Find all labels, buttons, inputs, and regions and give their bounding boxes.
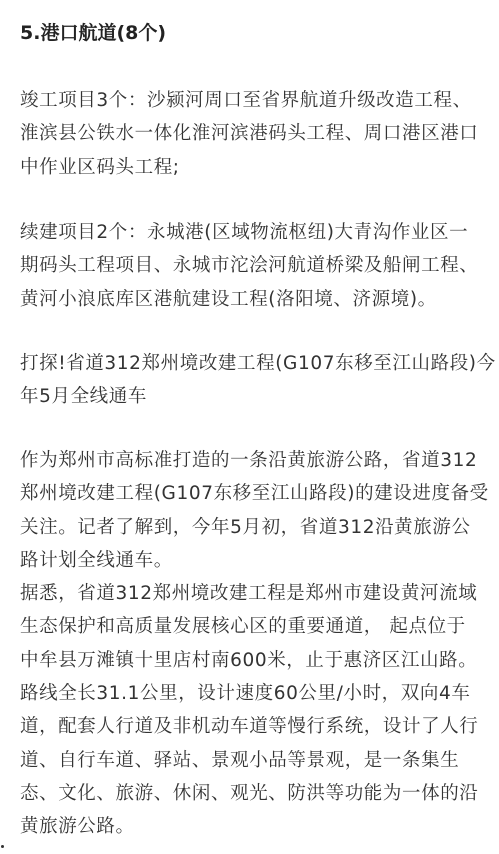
text-line: 作为郑州市高标准打造的一条沿黄旅游公路，省道312 [20, 444, 482, 477]
text-line: 生态保护和高质量发展核心区的重要通道， 起点位于 [20, 610, 482, 643]
text-line: 道，配套人行道及非机动车道等慢行系统，设计了人行 [20, 710, 482, 743]
text-line: 黄旅游公路。 [20, 810, 482, 843]
section-title: 5.港口航道(8个) [20, 20, 166, 46]
text-line: 黄河小浪底库区港航建设工程(洛阳境、济源境)。 [20, 283, 482, 316]
text-line: 打探!省道312郑州境改建工程(G107东移至江山路段)今 [20, 347, 482, 380]
text-line: 路计划全线通车。 [20, 544, 482, 577]
bullet-dot-icon [1, 845, 4, 848]
text-line: 据悉，省道312郑州境改建工程是郑州市建设黄河流域 [20, 577, 482, 610]
text-line: 续建项目2个：永城港(区域物流枢纽)大青沟作业区一 [20, 216, 482, 249]
text-line: 郑州境改建工程(G107东移至江山路段)的建设进度备受 [20, 477, 482, 510]
text-line: 中牟县万滩镇十里店村南600米，止于惠济区江山路。 [20, 644, 482, 677]
paragraph-continued-projects: 续建项目2个：永城港(区域物流枢纽)大青沟作业区一 期码头工程项目、永城市沱浍河… [20, 216, 482, 316]
text-line: 中作业区码头工程; [20, 151, 482, 184]
text-line: 道、自行车道、驿站、景观小品等景观，是一条集生 [20, 744, 482, 777]
paragraph-body: 作为郑州市高标准打造的一条沿黄旅游公路，省道312 郑州境改建工程(G107东移… [20, 444, 482, 844]
text-line: 年5月全线通车 [20, 380, 482, 413]
text-line: 竣工项目3个：沙颍河周口至省界航道升级改造工程、 [20, 84, 482, 117]
text-line: 路线全长31.1公里，设计速度60公里/小时，双向4车 [20, 677, 482, 710]
text-line: 态、文化、旅游、休闲、观光、防洪等功能为一体的沿 [20, 777, 482, 810]
text-line: 关注。记者了解到，今年5月初，省道312沿黄旅游公 [20, 511, 482, 544]
paragraph-completed-projects: 竣工项目3个：沙颍河周口至省界航道升级改造工程、 淮滨县公铁水一体化淮河滨港码头… [20, 84, 482, 184]
text-line: 期码头工程项目、永城市沱浍河航道桥梁及船闸工程、 [20, 249, 482, 282]
paragraph-headline: 打探!省道312郑州境改建工程(G107东移至江山路段)今 年5月全线通车 [20, 347, 482, 414]
text-line: 淮滨县公铁水一体化淮河滨港码头工程、周口港区港口 [20, 117, 482, 150]
